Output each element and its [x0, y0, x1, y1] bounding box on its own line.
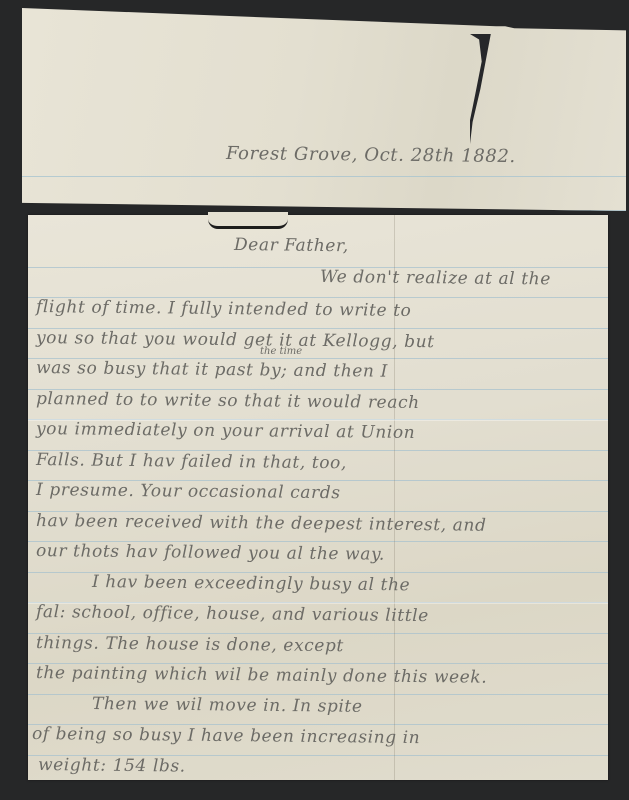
- letter-line: fal: school, office, house, and various …: [36, 602, 429, 626]
- ruled-line: [22, 176, 626, 177]
- letter-line: weight: 154 lbs.: [38, 755, 186, 777]
- letter-line: planned to to write so that it would rea…: [36, 389, 420, 413]
- letter-line: of being so busy I have been increasing …: [32, 724, 421, 748]
- letter-line: things. The house is done, except: [36, 633, 344, 656]
- salutation: Dear Father,: [234, 235, 349, 256]
- place-date-heading: Forest Grove, Oct. 28th 1882.: [226, 143, 516, 167]
- fold-crease: [394, 215, 395, 780]
- letter-line: I presume. Your occasional cards: [36, 480, 341, 503]
- ruled-line: [28, 267, 608, 268]
- ruled-line: [22, 210, 626, 211]
- letter-body-sheet: Dear Father, We don't realize at al the …: [28, 215, 608, 780]
- letter-line: hav been received with the deepest inter…: [36, 511, 487, 536]
- letter-line: you immediately on your arrival at Union: [36, 419, 416, 443]
- torn-notch: [208, 212, 288, 229]
- letter-line: I hav been exceedingly busy al the: [92, 572, 410, 595]
- letter-line: We don't realize at al the: [320, 267, 551, 289]
- letter-line: the painting which wil be mainly done th…: [36, 663, 487, 688]
- letter-heading-fragment: Forest Grove, Oct. 28th 1882.: [22, 8, 626, 211]
- letter-line: Falls. But I hav failed in that, too,: [36, 450, 347, 473]
- letter-line: was so busy that it past by; and then I: [36, 358, 388, 382]
- interlinear-insertion: the time: [260, 346, 302, 357]
- letter-line: our thots hav followed you al the way.: [36, 541, 385, 565]
- letter-line: flight of time. I fully intended to writ…: [36, 297, 412, 321]
- letter-line: you so that you would get it at Kellogg,…: [36, 328, 435, 352]
- letter-line: Then we wil move in. In spite: [92, 694, 363, 717]
